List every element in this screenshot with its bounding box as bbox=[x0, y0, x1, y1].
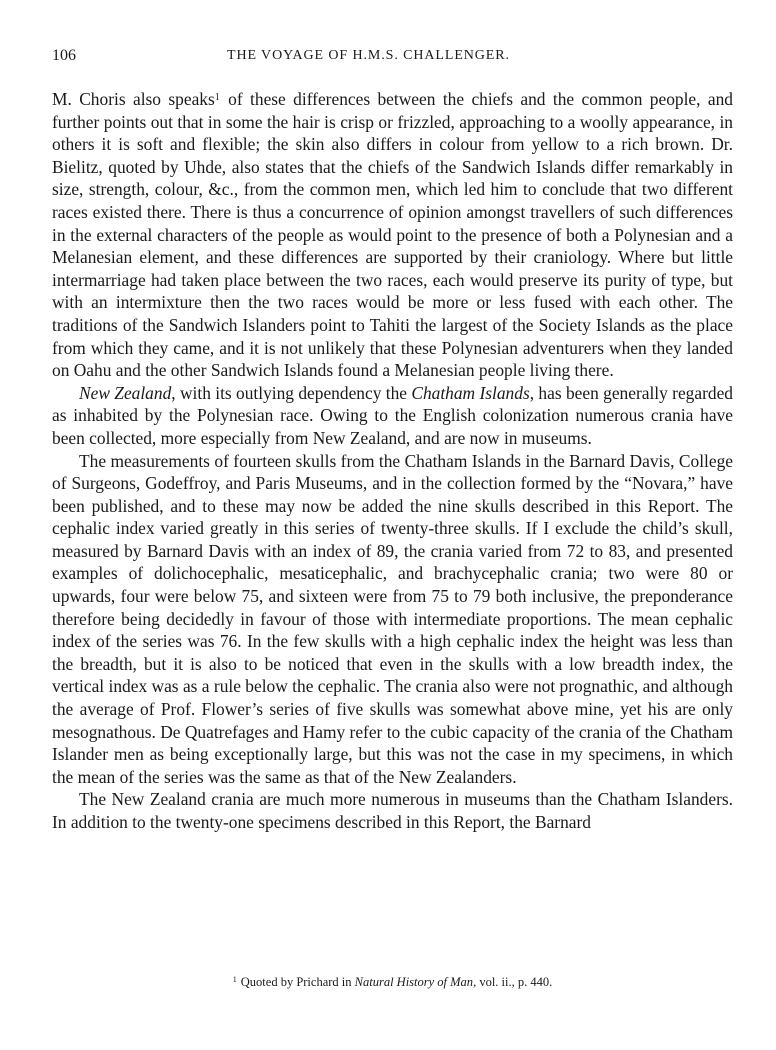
paragraph-text: The measurements of fourteen skulls from… bbox=[52, 451, 733, 787]
footnote-text: , vol. ii., p. 440. bbox=[473, 975, 552, 989]
paragraph-text: of these differences between the chiefs … bbox=[52, 89, 733, 380]
running-header: 106 THE VOYAGE OF H.M.S. CHALLENGER. bbox=[52, 47, 733, 67]
italic-place-name: Chatham Islands bbox=[411, 383, 529, 403]
paragraph-text: , with its outlying dependency the bbox=[171, 383, 411, 403]
footnote-text: Quoted by Prichard in bbox=[241, 975, 355, 989]
footnote: 1Quoted by Prichard in Natural History o… bbox=[52, 974, 733, 990]
paragraph-text: The New Zealand crania are much more num… bbox=[52, 789, 733, 832]
paragraph-new-zealand-crania: The New Zealand crania are much more num… bbox=[52, 788, 733, 833]
footnote-marker: 1 bbox=[233, 975, 237, 984]
footnote-book-title: Natural History of Man bbox=[355, 975, 473, 989]
paragraph-text: M. Choris also speaks bbox=[52, 89, 215, 109]
paragraph-chatham-skull-measurements: The measurements of fourteen skulls from… bbox=[52, 450, 733, 789]
page-number: 106 bbox=[52, 47, 76, 65]
body-text: M. Choris also speaks1 of these differen… bbox=[52, 88, 733, 834]
footnote-reference: 1 bbox=[215, 92, 220, 103]
running-title: THE VOYAGE OF H.M.S. CHALLENGER. bbox=[227, 48, 510, 64]
italic-place-name: New Zealand bbox=[79, 383, 171, 403]
paragraph-chiefs-and-common-people: M. Choris also speaks1 of these differen… bbox=[52, 88, 733, 382]
paragraph-new-zealand: New Zealand, with its outlying dependenc… bbox=[52, 382, 733, 450]
